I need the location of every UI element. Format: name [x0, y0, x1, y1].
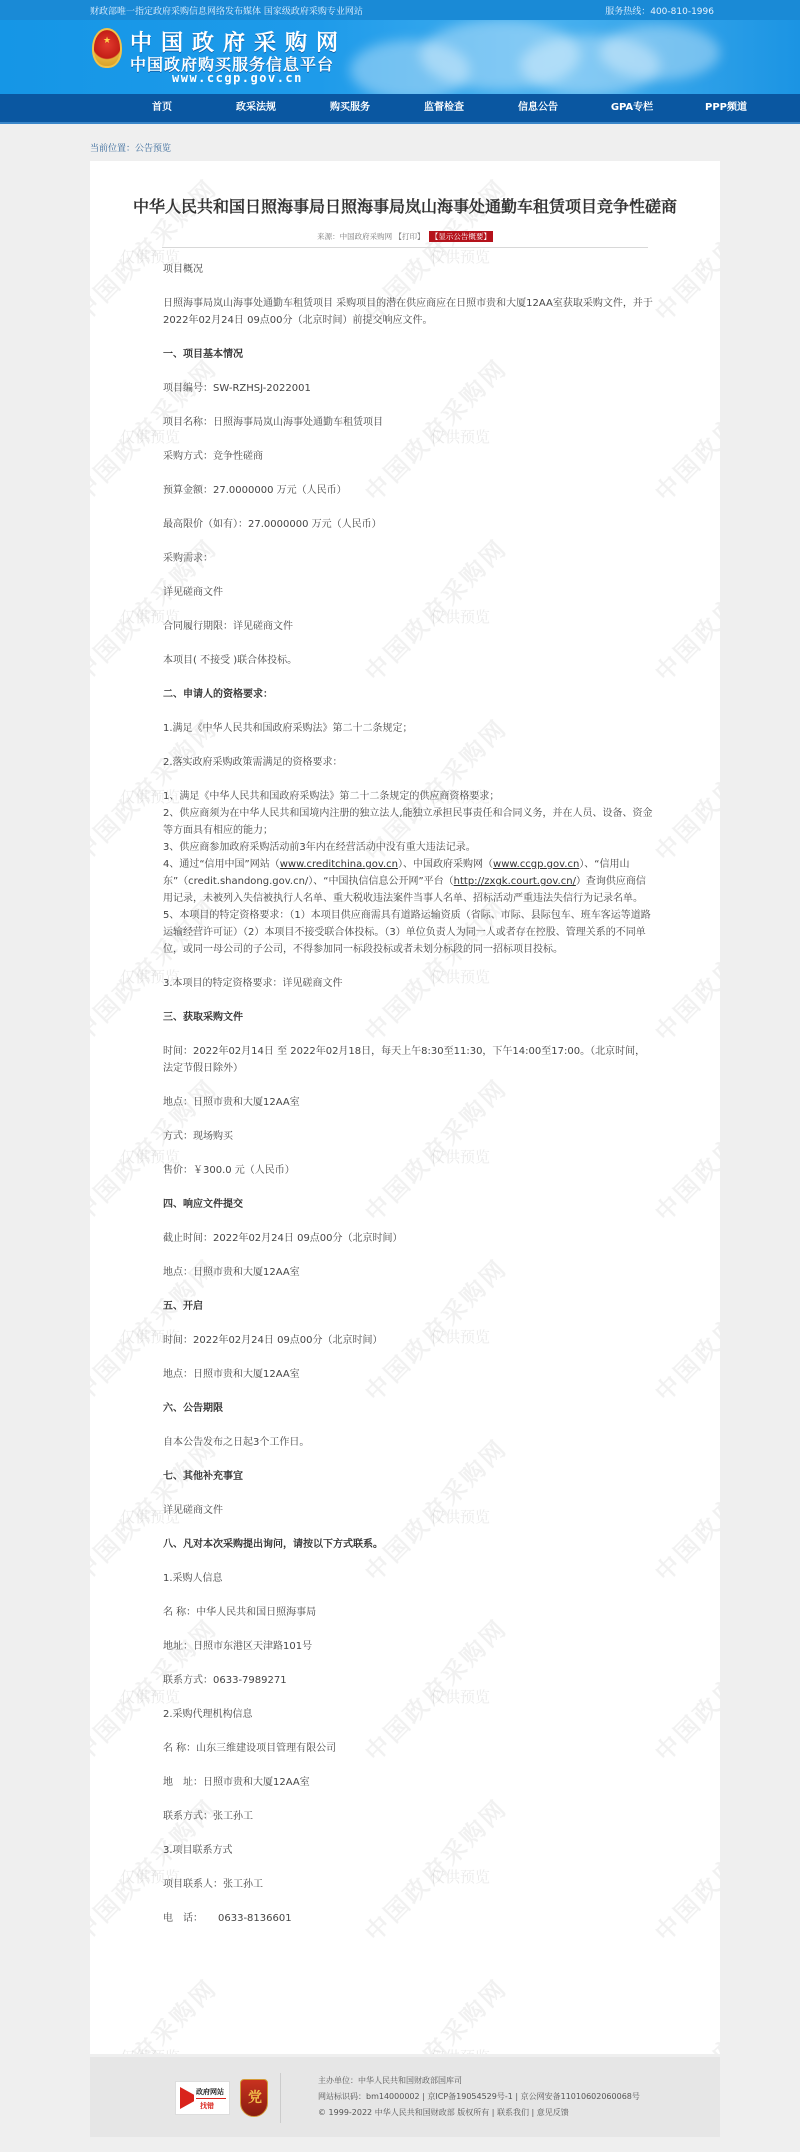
source-label: 来源：中国政府采购网	[317, 232, 392, 241]
nav-purchase-services[interactable]: 购买服务	[303, 94, 397, 122]
site-url: www.ccgp.gov.cn	[172, 71, 303, 85]
doc-price: 售价：￥300.0 元（人民币）	[163, 1162, 653, 1179]
item-4-text-a: 4、通过“信用中国”网站（	[163, 859, 280, 870]
budget-amount: 预算金额：27.0000000 万元（人民币）	[163, 482, 653, 499]
breadcrumb: 当前位置：公告预览	[90, 141, 171, 154]
badge-glyph: 党	[248, 2087, 262, 2107]
requirement-2-item-2: 2、供应商须为在中华人民共和国境内注册的独立法人,能独立承担民事责任和合同义务，…	[163, 805, 653, 839]
site-slogan: 财政部唯一指定政府采购信息网络发布媒体 国家级政府采购专业网站	[90, 4, 363, 17]
procurement-method: 采购方式：竞争性磋商	[163, 448, 653, 465]
watermark-text: 中国政府采购网	[645, 1249, 720, 1407]
submission-deadline: 截止时间：2022年02月24日 09点00分（北京时间）	[163, 1230, 653, 1247]
project-number: 项目编号：SW-RZHSJ-2022001	[163, 380, 653, 397]
agent-contact: 联系方式：张工孙工	[163, 1808, 653, 1825]
requirement-2-item-1: 1、满足《中华人民共和国政府采购法》第二十二条规定的供应商资格要求；	[163, 788, 653, 805]
opening-place: 地点：日照市贵和大厦12AA室	[163, 1366, 653, 1383]
icp-link[interactable]: 京ICP备19054529号-1	[427, 2092, 512, 2101]
contract-term: 合同履行期限：详见磋商文件	[163, 618, 653, 635]
section-3-heading: 三、获取采购文件	[163, 1009, 653, 1026]
nav-supervision[interactable]: 监督检查	[397, 94, 491, 122]
magnifier-flag-icon	[180, 2087, 194, 2109]
party-gov-badge-icon[interactable]: 党	[240, 2079, 268, 2117]
project-contact-heading: 3.项目联系方式	[163, 1842, 653, 1859]
watermark-text: 中国政府采购网	[645, 889, 720, 1047]
nav-regulations[interactable]: 政采法规	[209, 94, 303, 122]
section-8-heading: 八、凡对本次采购提出询问，请按以下方式联系。	[163, 1536, 653, 1553]
doc-obtain-method: 方式：现场购买	[163, 1128, 653, 1145]
sponsor-text: 主办单位：中华人民共和国财政部国库司	[318, 2073, 640, 2089]
watermark-text: 中国政府采购网	[645, 529, 720, 687]
requirement-1: 1.满足《中华人民共和国政府采购法》第二十二条规定；	[163, 720, 653, 737]
contact-us-link[interactable]: 联系我们	[497, 2108, 529, 2117]
registration-line: 网站标识码：bm14000002 | 京ICP备19054529号-1 | 京公…	[318, 2089, 640, 2105]
agent-name: 名 称：山东三维建设项目管理有限公司	[163, 1740, 653, 1757]
article-body: 项目概况 日照海事局岚山海事处通勤车租赁项目 采购项目的潜在供应商应在日照市贵和…	[163, 261, 653, 1927]
footer-divider	[280, 2073, 281, 2123]
page-title: 中华人民共和国日照海事局日照海事局岚山海事处通勤车租赁项目竞争性磋商	[90, 194, 720, 217]
copyright-text: © 1999-2022 中华人民共和国财政部 版权所有	[318, 2108, 489, 2117]
top-bar: 财政部唯一指定政府采购信息网络发布媒体 国家级政府采购专业网站 服务热线：400…	[0, 0, 800, 20]
watermark-text: 中国政府采购网	[90, 1969, 224, 2054]
copyright-line: © 1999-2022 中华人民共和国财政部 版权所有 | 联系我们 | 意见反…	[318, 2105, 640, 2121]
agent-address: 地 址：日照市贵和大厦12AA室	[163, 1774, 653, 1791]
demand-text: 详见磋商文件	[163, 584, 653, 601]
announcement-period: 自本公告发布之日起3个工作日。	[163, 1434, 653, 1451]
watermark-preview: 仅供预览	[120, 2046, 180, 2054]
item-4-text-b: ）、中国政府采购网（	[398, 859, 493, 870]
print-link[interactable]: 【打印】	[395, 232, 425, 241]
requirement-2-item-5: 5、本项目的特定资格要求：（1）本项目供应商需具有道路运输资质（省际、市际、县际…	[163, 907, 653, 958]
watermark-text: 中国政府采购网	[645, 1789, 720, 1947]
demand-label: 采购需求：	[163, 550, 653, 567]
agent-heading: 2.采购代理机构信息	[163, 1706, 653, 1723]
requirement-2-item-3: 3、供应商参加政府采购活动前3年内在经营活动中没有重大违法记录。	[163, 839, 653, 856]
section-7-heading: 七、其他补充事宜	[163, 1468, 653, 1485]
doc-obtain-place: 地点：日照市贵和大厦12AA室	[163, 1094, 653, 1111]
footer-info: 主办单位：中华人民共和国财政部国库司 网站标识码：bm14000002 | 京I…	[318, 2073, 640, 2121]
badge-line-1: 政府网站	[196, 2087, 224, 2097]
consortium-note: 本项目( 不接受 )联合体投标。	[163, 652, 653, 669]
buyer-contact: 联系方式：0633-7989271	[163, 1672, 653, 1689]
section-5-heading: 五、开启	[163, 1298, 653, 1315]
project-name: 项目名称：日照海事局岚山海事处通勤车租赁项目	[163, 414, 653, 431]
announcement-card: 中国政府采购网中国政府采购网中国政府采购网仅供预览仅供预览中国政府采购网中国政府…	[90, 161, 720, 2054]
title-divider	[162, 247, 648, 248]
doc-obtain-time: 时间：2022年02月14日 至 2022年02月18日，每天上午8:30至11…	[163, 1043, 653, 1077]
submission-place: 地点：日照市贵和大厦12AA室	[163, 1264, 653, 1281]
section-1-heading: 一、项目基本情况	[163, 346, 653, 363]
main-nav: 首页 政采法规 购买服务 监督检查 信息公告 GPA专栏 PPP频道	[0, 94, 800, 124]
section-6-heading: 六、公告期限	[163, 1400, 653, 1417]
max-price: 最高限价（如有）：27.0000000 万元（人民币）	[163, 516, 653, 533]
feedback-link[interactable]: 意见反馈	[537, 2108, 569, 2117]
watermark-text: 中国政府采购网	[645, 1969, 720, 2054]
project-contact-phone: 电 话： 0633-8136601	[163, 1910, 653, 1927]
watermark-text: 中国政府采购网	[645, 709, 720, 867]
requirement-2-item-4: 4、通过“信用中国”网站（www.creditchina.gov.cn）、中国政…	[163, 856, 653, 907]
other-matters: 详见磋商文件	[163, 1502, 653, 1519]
site-banner: ★ 中国政府采购网 中国政府购买服务信息平台 www.ccgp.gov.cn	[0, 20, 800, 94]
watermark-text: 中国政府采购网	[645, 349, 720, 507]
nav-home[interactable]: 首页	[115, 94, 209, 122]
requirement-2: 2.落实政府采购政策需满足的资格要求：	[163, 754, 653, 771]
opening-time: 时间：2022年02月24日 09点00分（北京时间）	[163, 1332, 653, 1349]
nav-announcements[interactable]: 信息公告	[491, 94, 585, 122]
gov-site-error-report-badge[interactable]: 政府网站 找错	[175, 2081, 230, 2115]
zxgk-link[interactable]: http://zxgk.court.gov.cn/	[454, 876, 576, 887]
badge-divider	[196, 2098, 226, 2099]
section-2-heading: 二、申请人的资格要求：	[163, 686, 653, 703]
show-summary-button[interactable]: 【显示公告概要】	[429, 231, 493, 242]
requirement-3: 3.本项目的特定资格要求：详见磋商文件	[163, 975, 653, 992]
site-footer: 政府网站 找错 党 主办单位：中华人民共和国财政部国库司 网站标识码：bm140…	[90, 2057, 720, 2137]
watermark-text: 中国政府采购网	[645, 1429, 720, 1587]
nav-gpa[interactable]: GPA专栏	[585, 94, 679, 122]
site-id: 网站标识码：bm14000002	[318, 2092, 420, 2101]
police-record-link[interactable]: 京公网安备11010602060068号	[521, 2092, 640, 2101]
project-contact-person: 项目联系人：张工孙工	[163, 1876, 653, 1893]
national-emblem-icon: ★	[92, 28, 122, 68]
buyer-address: 地址：日照市东港区天津路101号	[163, 1638, 653, 1655]
overview-text: 日照海事局岚山海事处通勤车租赁项目 采购项目的潜在供应商应在日照市贵和大厦12A…	[163, 295, 653, 329]
article-meta: 来源：中国政府采购网 【打印】 【显示公告概要】	[90, 231, 720, 242]
badge-line-2: 找错	[200, 2101, 214, 2111]
watermark-text: 中国政府采购网	[645, 1069, 720, 1227]
section-4-heading: 四、响应文件提交	[163, 1196, 653, 1213]
buyer-name: 名 称：中华人民共和国日照海事局	[163, 1604, 653, 1621]
buyer-heading: 1.采购人信息	[163, 1570, 653, 1587]
service-hotline: 服务热线：400-810-1996	[605, 4, 714, 17]
watermark-preview: 仅供预览	[430, 2046, 490, 2054]
overview-heading: 项目概况	[163, 261, 653, 278]
nav-ppp[interactable]: PPP频道	[679, 94, 773, 122]
creditchina-link[interactable]: www.creditchina.gov.cn	[280, 859, 398, 870]
watermark-text: 中国政府采购网	[355, 1969, 513, 2054]
watermark-text: 中国政府采购网	[645, 1609, 720, 1767]
ccgp-link[interactable]: www.ccgp.gov.cn	[493, 859, 579, 870]
